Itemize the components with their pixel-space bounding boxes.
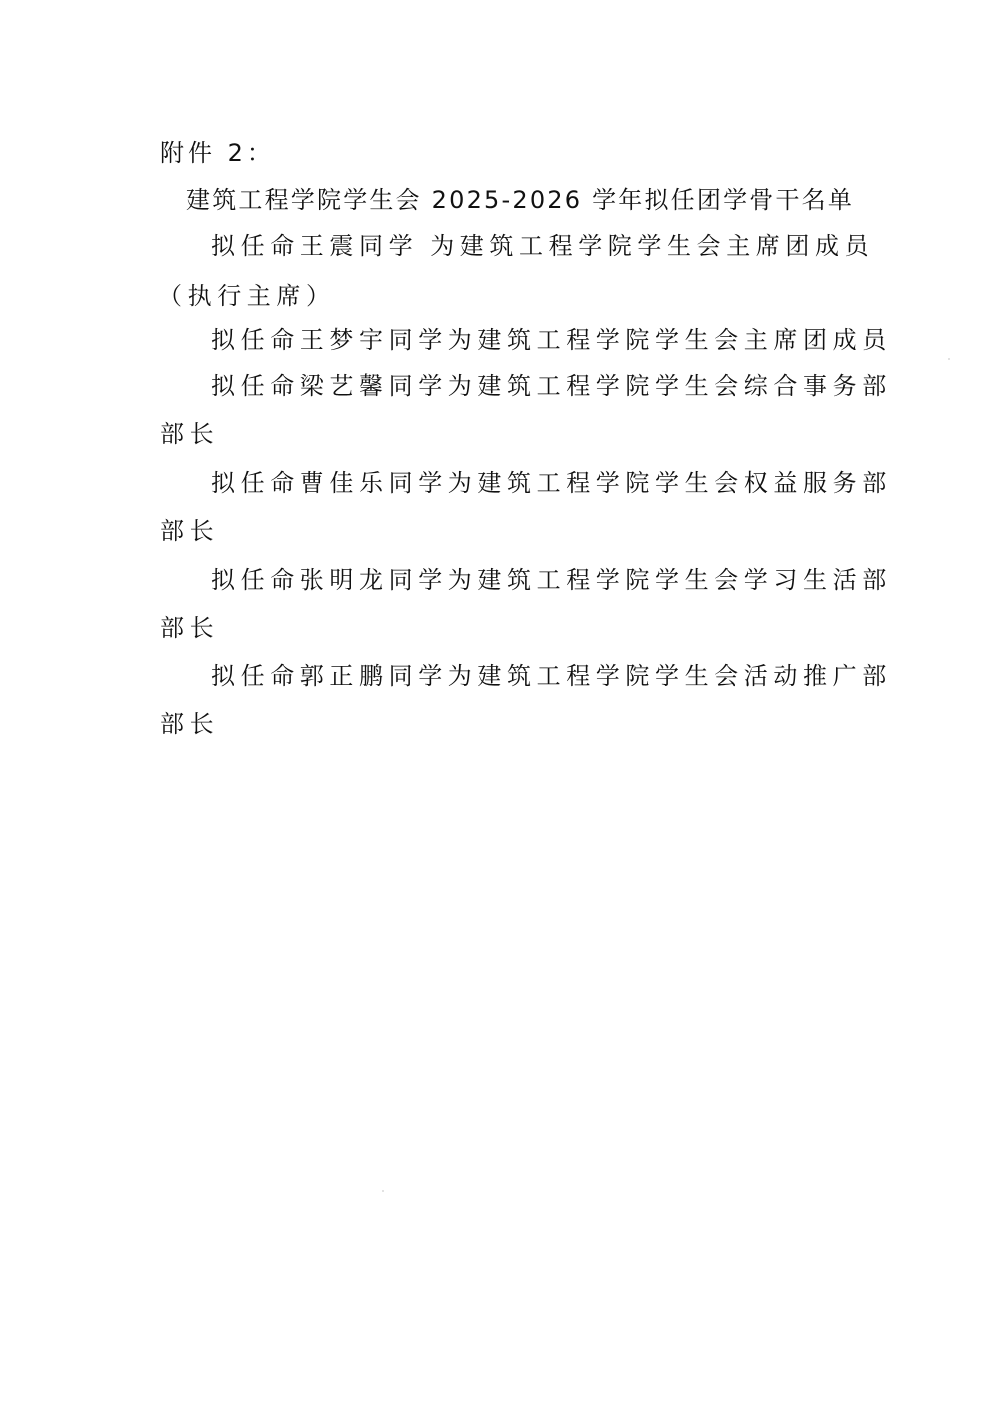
appointment-entry-1-position: 为建筑工程学院学生会主席团成员 [430,232,874,260]
appointment-entry-3-line-1: 拟任命梁艺馨同学为建筑工程学院学生会综合事务部 [211,371,892,401]
appointment-entry-1-line-2: （执行主席） [158,281,336,311]
document-title: 建筑工程学院学生会 2025-2026 学年拟任团学骨干名单 [186,185,854,215]
appointment-entry-1-line-1: 拟任命王震同学为建筑工程学院学生会主席团成员 [211,231,874,261]
appointment-entry-5-line-2: 部长 [160,613,219,643]
appointment-entry-6-line-2: 部长 [160,709,219,739]
appointment-entry-4-line-2: 部长 [160,516,219,546]
appointment-entry-5-line-1: 拟任命张明龙同学为建筑工程学院学生会学习生活部 [211,565,892,595]
document-page: 附件 2： 建筑工程学院学生会 2025-2026 学年拟任团学骨干名单 拟任命… [0,0,1000,1401]
appointment-entry-4-line-1: 拟任命曹佳乐同学为建筑工程学院学生会权益服务部 [211,468,892,498]
attachment-label: 附件 2： [160,138,275,168]
scan-artifact [382,1190,384,1192]
appointment-entry-3-line-2: 部长 [160,419,219,449]
appointment-entry-6-line-1: 拟任命郭正鹏同学为建筑工程学院学生会活动推广部 [211,661,892,691]
appointment-entry-2: 拟任命王梦宇同学为建筑工程学院学生会主席团成员 [211,325,892,355]
appointment-entry-1-name: 拟任命王震同学 [211,232,418,260]
scan-artifact [948,358,950,360]
